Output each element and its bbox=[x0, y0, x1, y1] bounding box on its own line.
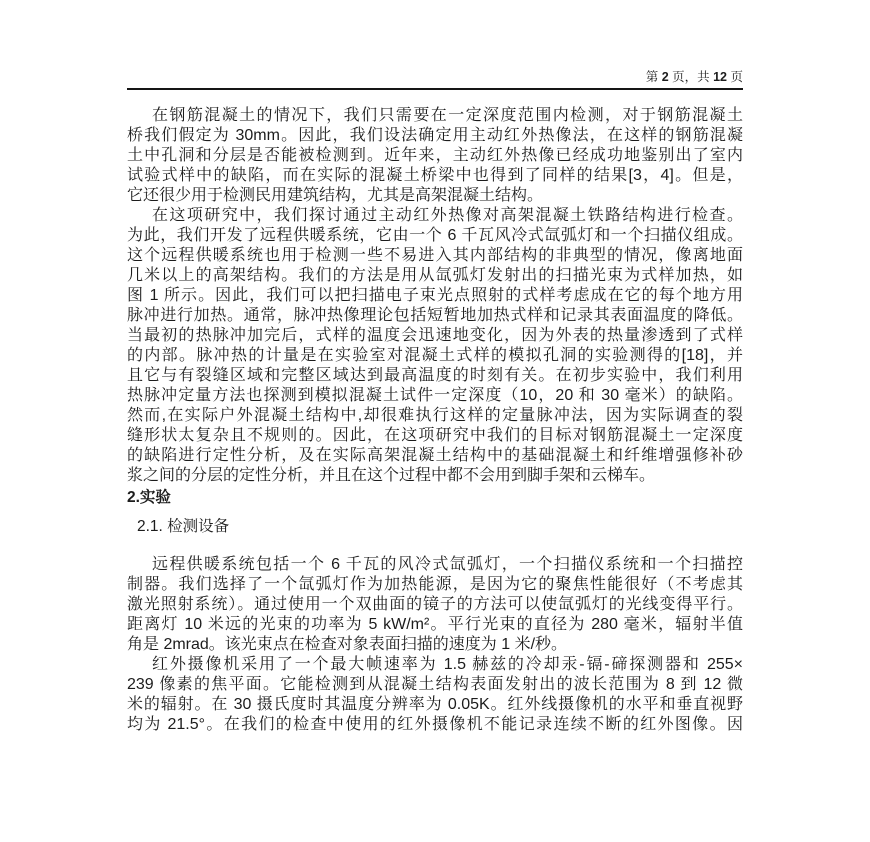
document-body: 在钢筋混凝土的情况下，我们只需要在一定深度范围内检测，对于钢筋混凝土桥我们假定为… bbox=[127, 96, 743, 735]
text-line: 脉冲进行加热。通常，脉冲热像理论包括短暂地加热式样和记录其表面温度的降低。 bbox=[127, 306, 743, 326]
page-header-current-page: 2 bbox=[662, 70, 669, 84]
text-line: 远程供暖系统包括一个 6 千瓦的风冷式氙弧灯，一个扫描仪系统和一个扫描控 bbox=[127, 555, 743, 575]
text-line: 均为 21.5°。在我们的检查中使用的红外摄像机不能记录连续不断的红外图像。因 bbox=[127, 715, 743, 735]
section-heading-experiment: 2.实验 bbox=[127, 488, 743, 508]
text-line: 当最初的热脉冲加完后，式样的温度会迅速地变化，因为外表的热量渗透到了式样 bbox=[127, 326, 743, 346]
text-line: 热脉冲定量方法也探测到模拟混凝土试件一定深度（10，20 和 30 毫米）的缺陷… bbox=[127, 386, 743, 406]
page-header-prefix: 第 bbox=[646, 70, 662, 84]
document-page: 第 2 页，共 12 页 在钢筋混凝土的情况下，我们只需要在一定深度范围内检测，… bbox=[0, 0, 870, 842]
text-line: 在钢筋混凝土的情况下，我们只需要在一定深度范围内检测，对于钢筋混凝土 bbox=[127, 106, 743, 126]
text-line: 在这项研究中，我们探讨通过主动红外热像对高架混凝土铁路结构进行检查。 bbox=[127, 206, 743, 226]
text-line: 制器。我们选择了一个氙弧灯作为加热能源，是因为它的聚焦性能很好（不考虑其 bbox=[127, 575, 743, 595]
page-header-total-pages: 12 bbox=[713, 70, 727, 84]
subsection-heading-equipment: 2.1. 检测设备 bbox=[127, 517, 743, 537]
page-header: 第 2 页，共 12 页 bbox=[127, 69, 743, 85]
page-header-suffix: 页 bbox=[727, 70, 743, 84]
text-line: 几米以上的高架结构。我们的方法是用从氙弧灯发射出的扫描光束为式样加热，如 bbox=[127, 266, 743, 286]
text-line: 缝形状太复杂且不规则的。因此，在这项研究中我们的目标对钢筋混凝土一定深度 bbox=[127, 426, 743, 446]
paragraph-infrared-camera: 红外摄像机采用了一个最大帧速率为 1.5 赫兹的冷却汞-镉-碲探测器和 255×… bbox=[127, 655, 743, 735]
page-header-middle: 页，共 bbox=[669, 70, 713, 84]
paragraph-remote-heating-system: 远程供暖系统包括一个 6 千瓦的风冷式氙弧灯，一个扫描仪系统和一个扫描控制器。我… bbox=[127, 555, 743, 655]
text-line: 土中孔洞和分层是否能被检测到。近年来，主动红外热像已经成功地鉴别出了室内 bbox=[127, 146, 743, 166]
page-number-label: 第 2 页，共 12 页 bbox=[646, 70, 743, 84]
text-line: 然而,在实际户外混凝土结构中,却很难执行这样的定量脉冲法，因为实际调查的裂 bbox=[127, 406, 743, 426]
text-line: 红外摄像机采用了一个最大帧速率为 1.5 赫兹的冷却汞-镉-碲探测器和 255× bbox=[127, 655, 743, 675]
text-line: 的缺陷进行定性分析，及在实际高架混凝土结构中的基础混凝土和纤维增强修补砂 bbox=[127, 446, 743, 466]
text-line: 距离灯 10 米远的光束的功率为 5 kW/m²。平行光束的直径为 280 毫米… bbox=[127, 615, 743, 635]
text-line: 这个远程供暖系统也用于检测一些不易进入其内部结构的非典型的情况，像离地面 bbox=[127, 246, 743, 266]
text-line: 图 1 所示。因此，我们可以把扫描电子束光点照射的式样考虑成在它的每个地方用 bbox=[127, 286, 743, 306]
paragraph-study-overview: 在这项研究中，我们探讨通过主动红外热像对高架混凝土铁路结构进行检查。为此，我们开… bbox=[127, 206, 743, 486]
text-line: 239 像素的焦平面。它能检测到从混凝土结构表面发射出的波长范围为 8 到 12… bbox=[127, 675, 743, 695]
header-rule bbox=[127, 88, 743, 90]
text-line: 为此，我们开发了远程供暖系统，它由一个 6 千瓦风冷式氙弧灯和一个扫描仪组成。 bbox=[127, 226, 743, 246]
text-line: 试验式样中的缺陷，而在实际的混凝土桥梁中也得到了同样的结果[3，4]。但是， bbox=[127, 166, 743, 186]
text-line: 角是 2mrad。该光束点在检查对象表面扫描的速度为 1 米/秒。 bbox=[127, 635, 743, 655]
text-line: 激光照射系统）。通过使用一个双曲面的镜子的方法可以使氙弧灯的光线变得平行。 bbox=[127, 595, 743, 615]
paragraph-reinforced-concrete-detection: 在钢筋混凝土的情况下，我们只需要在一定深度范围内检测，对于钢筋混凝土桥我们假定为… bbox=[127, 106, 743, 206]
text-line: 它还很少用于检测民用建筑结构，尤其是高架混凝土结构。 bbox=[127, 186, 743, 206]
text-line: 的内部。脉冲热的计量是在实验室对混凝土式样的模拟孔洞的实验测得的[18]，并 bbox=[127, 346, 743, 366]
text-line: 米的辐射。在 30 摄氏度时其温度分辨率为 0.05K。红外线摄像机的水平和垂直… bbox=[127, 695, 743, 715]
text-line: 且它与有裂缝区域和完整区域达到最高温度的时刻有关。在初步实验中，我们利用 bbox=[127, 366, 743, 386]
text-line: 浆之间的分层的定性分析，并且在这个过程中都不会用到脚手架和云梯车。 bbox=[127, 466, 743, 486]
text-line: 桥我们假定为 30mm。因此，我们设法确定用主动红外热像法，在这样的钢筋混凝 bbox=[127, 126, 743, 146]
